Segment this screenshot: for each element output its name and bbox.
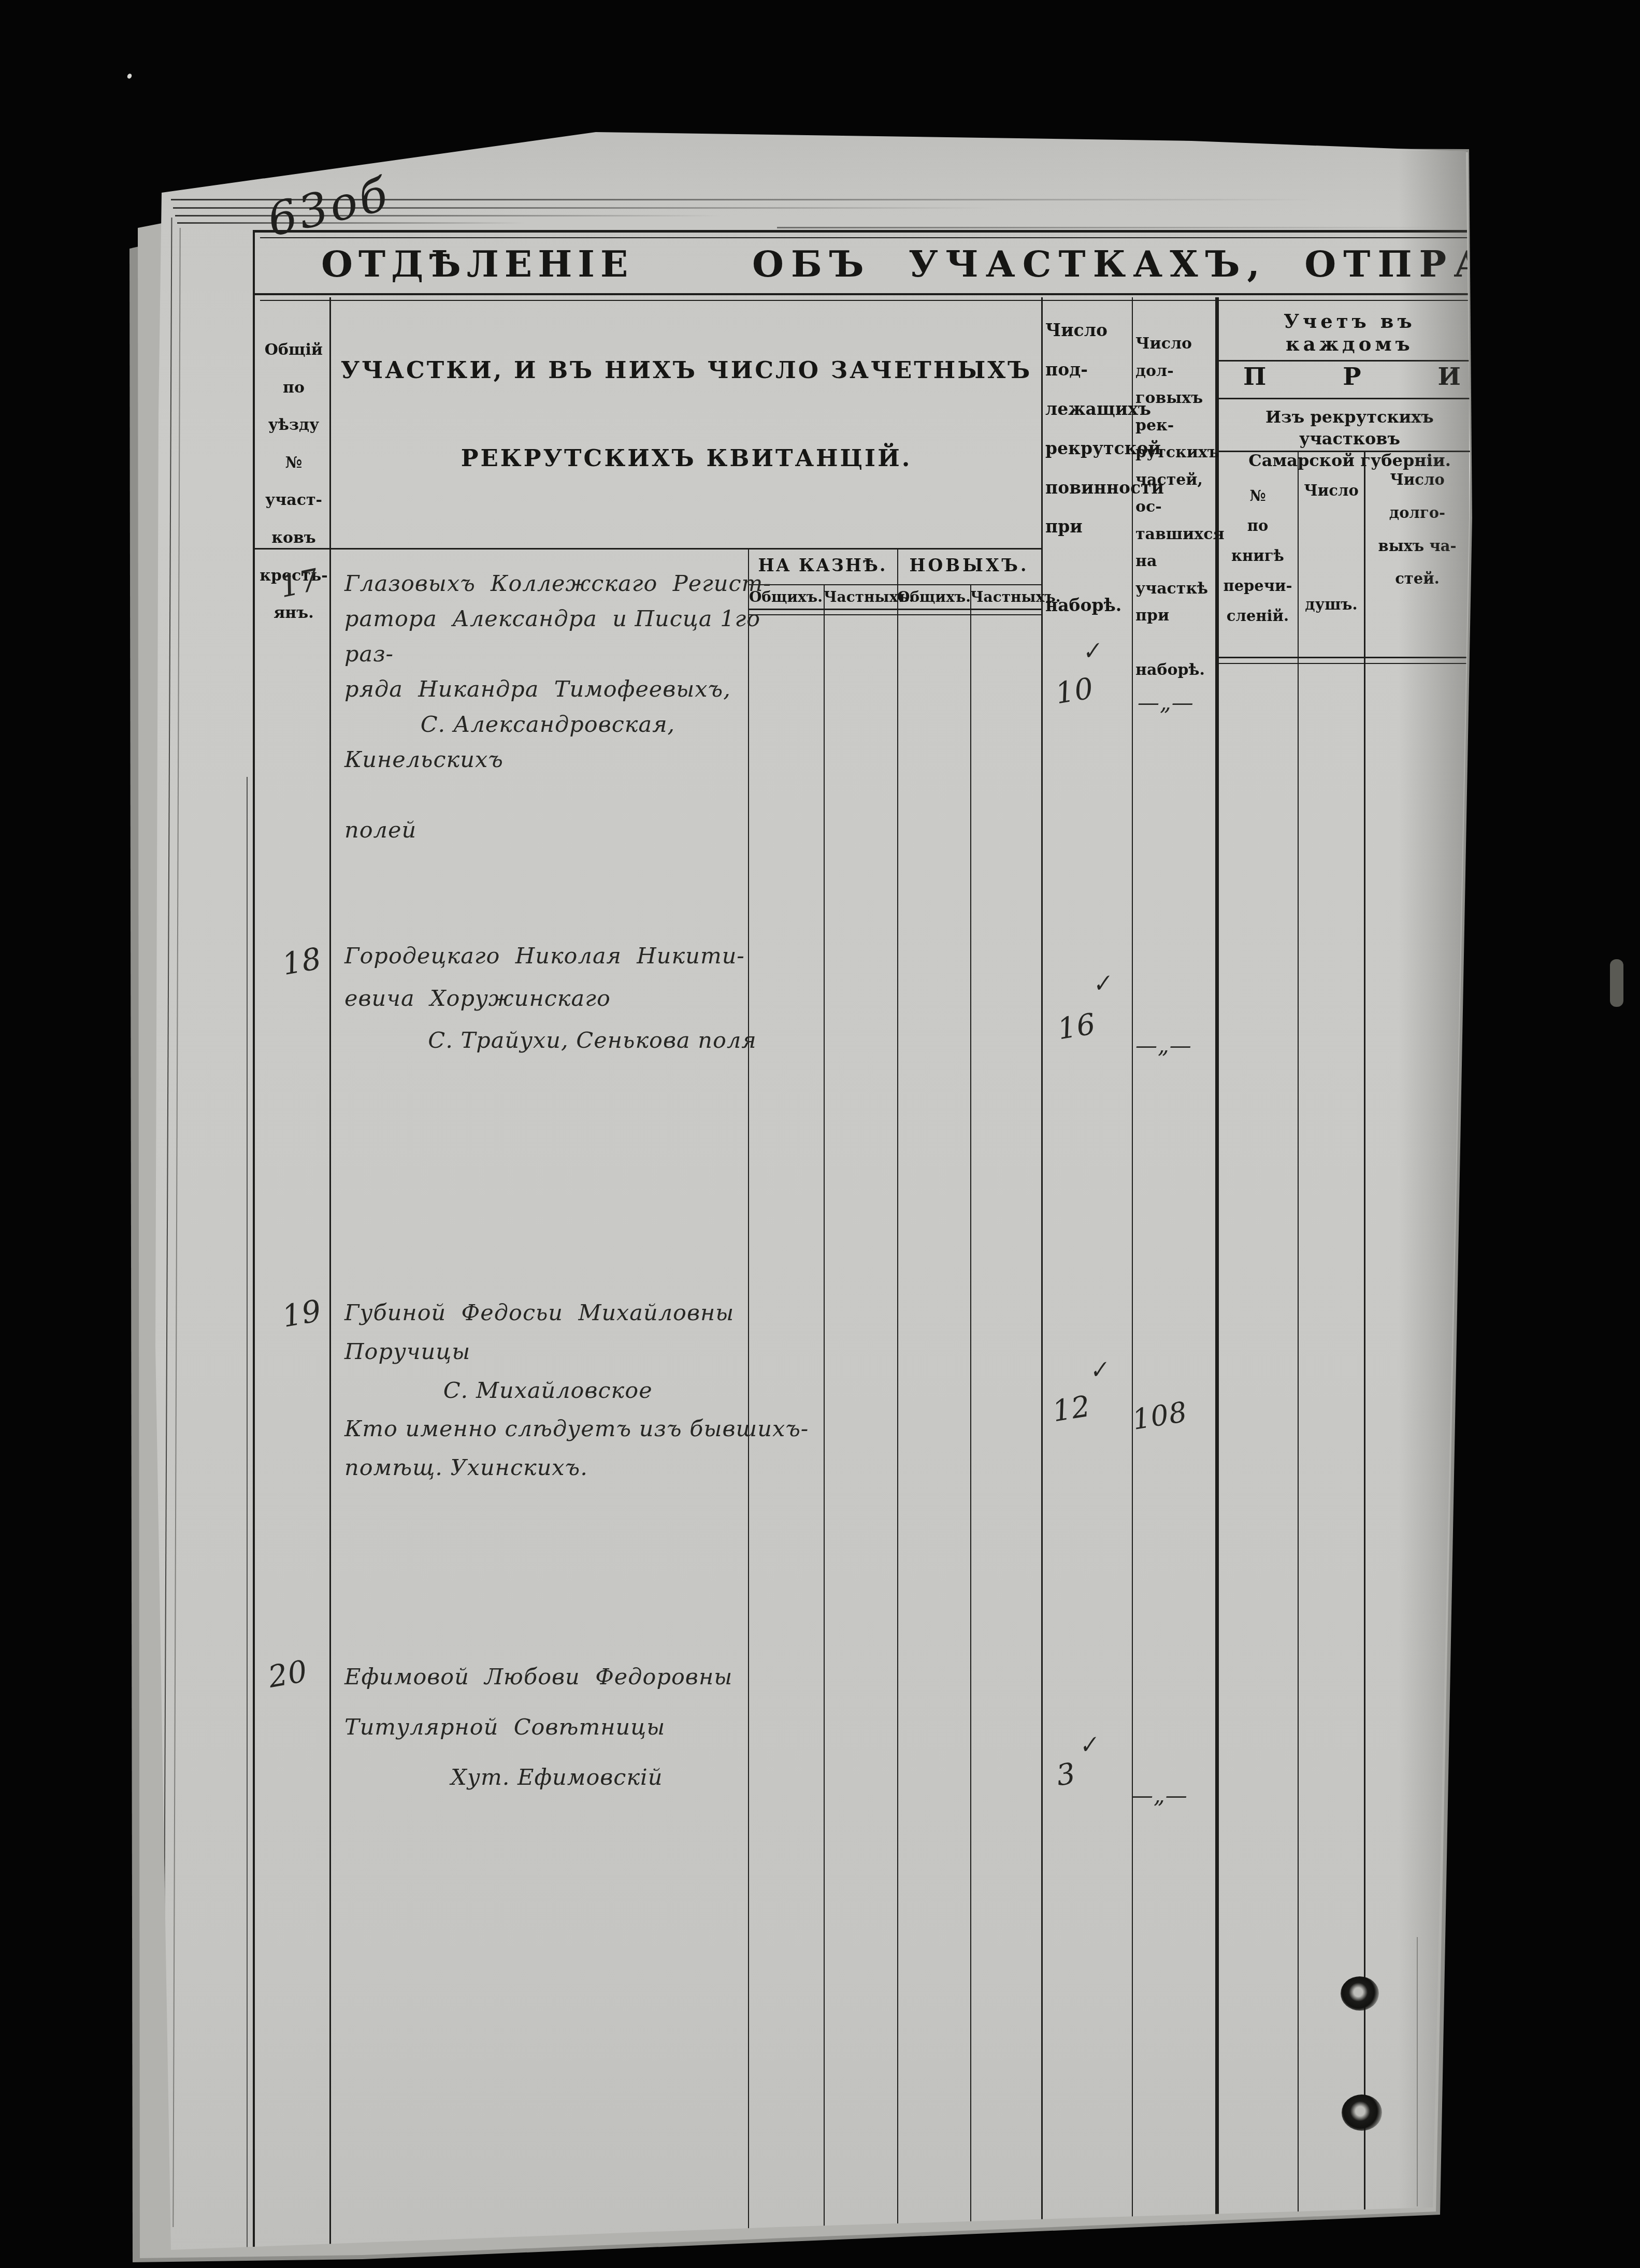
- rule-header-bottom: [254, 548, 1043, 550]
- row-checkmark: ✓: [1076, 1730, 1100, 1760]
- ink-blot: [1342, 2094, 1382, 2131]
- row-liable-value: 3: [1054, 1757, 1078, 1793]
- row-entry-text: Глазовыхъ Коллежскаго Регист- ратора Але…: [344, 567, 811, 848]
- header-pri-letter-r: Р: [1343, 363, 1361, 391]
- title-border-bottom-outer: [253, 293, 1486, 295]
- page-edge-rib: [777, 227, 1471, 228]
- scanned-document-scene: 63об ОТДѢЛЕНІЕ ОБЪ УЧАСТКАХЪ, ОТПРАВ О: [0, 0, 1640, 2268]
- table-border-left: [253, 230, 255, 2250]
- header-souls-line1: Число: [1299, 482, 1364, 499]
- column-line-novykh-mid: [970, 584, 971, 2250]
- row-entry-text: Ефимовой Любови Федоровны Титулярной Сов…: [344, 1652, 811, 1802]
- folio-number: 63об: [262, 167, 395, 247]
- title-border-top-outer: [253, 230, 1486, 233]
- header-sub-chastnykh-1: Частныхъ.: [824, 588, 897, 605]
- column-line-thick: [1215, 297, 1219, 2250]
- row-debt-value: —„—: [1135, 1033, 1192, 1058]
- row-debt-value: —„—: [1138, 690, 1194, 715]
- header-sub-obshchikh-2: Общихъ.: [897, 588, 970, 605]
- header-sections-line2: РЕКРУТСКИХЪ КВИТАНЦІЙ.: [332, 444, 1041, 472]
- column-line-debt: [1132, 297, 1133, 2250]
- row-liable-value: 10: [1053, 672, 1096, 711]
- header-group-novykh: НОВЫХЪ.: [897, 555, 1041, 575]
- row-entry-text: Городецкаго Николая Никити- евича Хоружи…: [344, 935, 811, 1062]
- row-liable-value: 12: [1050, 1390, 1093, 1429]
- column-line-book: [1298, 451, 1299, 2250]
- header-book-number: № по книгѣ перечи- сленій.: [1219, 481, 1297, 631]
- row-checkmark: ✓: [1090, 969, 1114, 999]
- title-border-top-inner: [260, 237, 1486, 238]
- row-number: 19: [280, 1293, 324, 1334]
- row-checkmark: ✓: [1080, 637, 1103, 666]
- row-number: 18: [280, 941, 324, 982]
- header-debt-count: Число дол- говыхъ рек- рутскихъ частей, …: [1135, 330, 1214, 684]
- document-page: 63об ОТДѢЛЕНІЕ ОБЪ УЧАСТКАХЪ, ОТПРАВ О: [0, 0, 1640, 2268]
- header-liable-count: Число под- лежащихъ рекрутской повинност…: [1045, 311, 1130, 625]
- column-line-kazna-mid: [824, 584, 825, 2250]
- title-border-bottom-inner: [260, 300, 1486, 301]
- page-edge-rib: [175, 215, 745, 216]
- row-checkmark: ✓: [1087, 1355, 1111, 1385]
- row-debt-value: —„—: [1131, 1783, 1188, 1808]
- column-line-novykh-left: [897, 548, 898, 2250]
- header-sections-line1: УЧАСТКИ, И ВЪ НИХЪ ЧИСЛО ЗАЧЕТНЫХЪ: [332, 356, 1041, 384]
- row-debt-value: 108: [1130, 1395, 1190, 1436]
- row-liable-value: 16: [1055, 1007, 1098, 1047]
- table-border-left-double: [247, 777, 248, 2250]
- scan-artifact-speck: [126, 73, 133, 80]
- header-sub-chastnykh-2: Частныхъ.: [970, 588, 1041, 605]
- page-edge-line: [172, 228, 180, 2227]
- row-entry-text: Губиной Федосьи Михайловны Поручицы С. М…: [344, 1294, 811, 1487]
- header-pri-letter-p: П: [1243, 363, 1266, 391]
- row-number: 20: [266, 1653, 310, 1695]
- scan-artifact-edge-mark: [1610, 959, 1623, 1007]
- page-title-part1: ОТДѢЛЕНІЕ: [321, 242, 634, 285]
- ink-blot: [1341, 1976, 1379, 2011]
- header-souls-line2: душъ.: [1299, 596, 1364, 613]
